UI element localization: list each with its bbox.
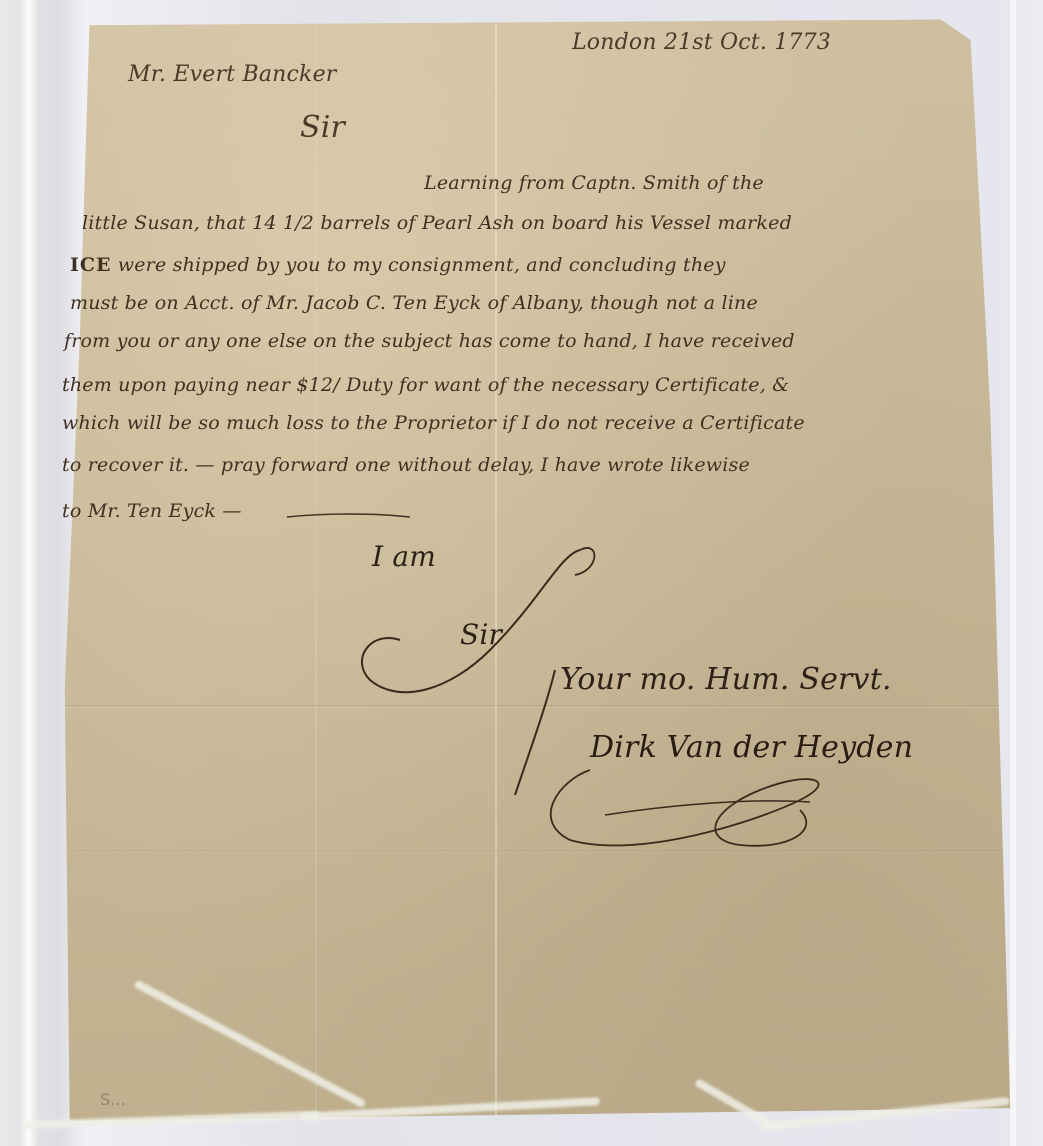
body-line: Learning from Captn. Smith of the xyxy=(424,172,764,194)
body-line: them upon paying near $12/ Duty for want… xyxy=(62,374,789,396)
dateline: London 21st Oct. 1773 xyxy=(572,30,831,55)
body-line: from you or any one else on the subject … xyxy=(64,330,795,352)
body-line: must be on Acct. of Mr. Jacob C. Ten Eyc… xyxy=(70,292,758,314)
body-line: to Mr. Ten Eyck — xyxy=(62,500,242,522)
signature-flourish-icon xyxy=(340,540,960,860)
photo-stage: London 21st Oct. 1773 Mr. Evert Bancker … xyxy=(0,0,1043,1146)
cargo-mark: ICE xyxy=(70,254,112,276)
pencil-notation: S... xyxy=(100,1090,125,1109)
plastic-sleeve-edge xyxy=(20,0,38,1146)
body-line-text: were shipped by you to my consignment, a… xyxy=(118,254,726,276)
addressee: Mr. Evert Bancker xyxy=(128,62,337,87)
plastic-sleeve-edge-right xyxy=(1010,0,1016,1146)
body-line: little Susan, that 14 1/2 barrels of Pea… xyxy=(82,212,792,234)
fold-line-vertical xyxy=(315,0,317,1146)
body-line: ICE were shipped by you to my consignmen… xyxy=(70,254,726,276)
line-end-flourish-icon xyxy=(285,505,415,525)
body-line: which will be so much loss to the Propri… xyxy=(62,412,805,434)
salutation: Sir xyxy=(300,110,345,145)
body-line: to recover it. — pray forward one withou… xyxy=(62,454,750,476)
